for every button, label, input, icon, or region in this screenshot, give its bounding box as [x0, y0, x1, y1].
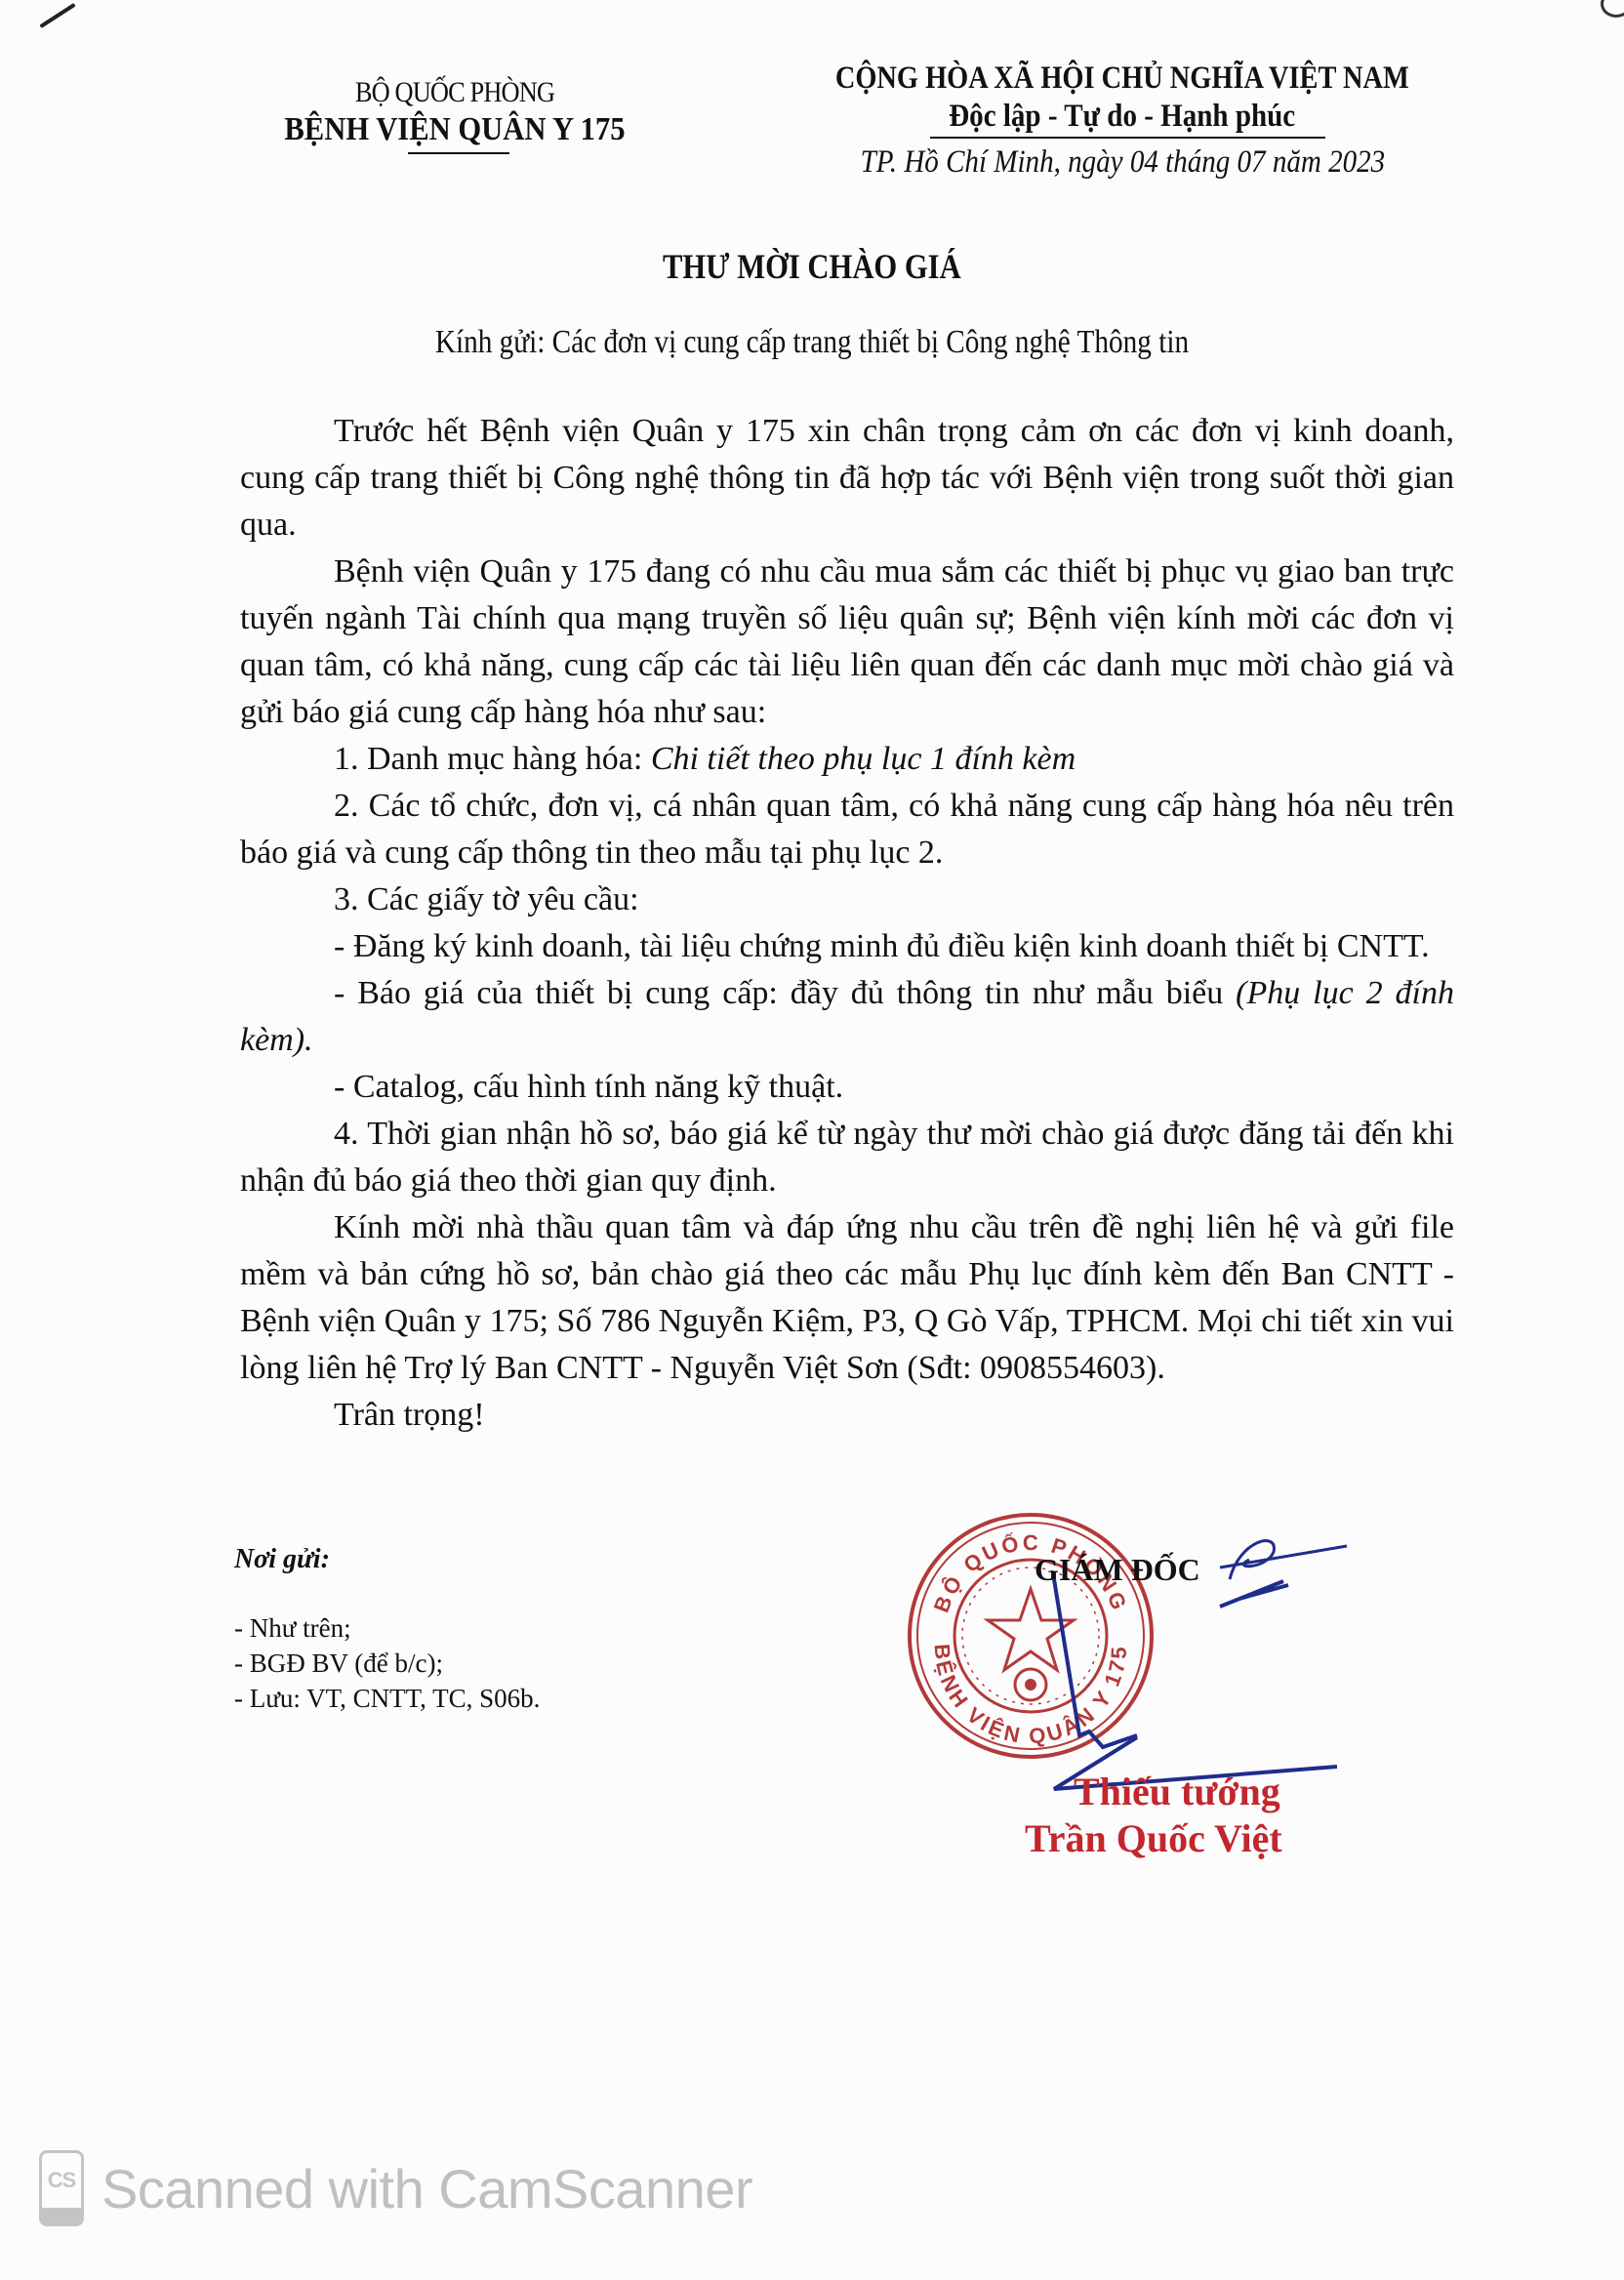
hospital-name: BỆNH VIỆN QUÂN Y 175	[284, 111, 625, 148]
national-motto: Độc lập - Tự do - Hạnh phúc	[950, 99, 1296, 135]
paragraph-request: Bệnh viện Quân y 175 đang có nhu cầu mua…	[240, 549, 1454, 736]
pen-mark-decoration	[39, 3, 75, 28]
item-4: 4. Thời gian nhận hồ sơ, báo giá kể từ n…	[240, 1111, 1454, 1204]
nation-name: CỘNG HÒA XÃ HỘI CHỦ NGHĨA VIỆT NAM	[835, 61, 1409, 97]
item-3-c: - Catalog, cấu hình tính năng kỹ thuật.	[240, 1064, 1454, 1111]
signature-block: BỘ QUỐC PHÒNG BỆNH VIỆN QUÂN Y 175 GIÁM …	[898, 1491, 1366, 1882]
handwritten-signature-icon	[898, 1491, 1366, 1813]
motto-underline	[930, 137, 1325, 139]
closing: Trân trọng!	[240, 1392, 1454, 1439]
distribution-item: - Như trên;	[234, 1610, 540, 1646]
item-1: 1. Danh mục hàng hóa: Chi tiết theo phụ …	[240, 736, 1454, 783]
issuer-header: BỘ QUỐC PHÒNG BỆNH VIỆN QUÂN Y 175	[240, 76, 670, 154]
signer-name: Trần Quốc Việt	[1025, 1815, 1282, 1861]
letter-body: Trước hết Bệnh viện Quân y 175 xin chân …	[240, 408, 1454, 1439]
item-3-b: - Báo giá của thiết bị cung cấp: đầy đủ …	[240, 970, 1454, 1064]
corner-mark-decoration	[1601, 0, 1624, 18]
watermark-text: Scanned with CamScanner	[101, 2157, 752, 2220]
scanned-document-page: BỘ QUỐC PHÒNG BỆNH VIỆN QUÂN Y 175 CỘNG …	[0, 0, 1624, 2280]
ministry-name: BỘ QUỐC PHÒNG	[355, 76, 554, 109]
camscanner-watermark: CS Scanned with CamScanner	[39, 2150, 752, 2226]
item-3: 3. Các giấy tờ yêu cầu:	[240, 876, 1454, 923]
signer-rank: Thiếu tướng	[1074, 1769, 1280, 1814]
item-2: 2. Các tổ chức, đơn vị, cá nhân quan tâm…	[240, 783, 1454, 876]
distribution-item: - Lưu: VT, CNTT, TC, S06b.	[234, 1681, 540, 1716]
national-header: CỘNG HÒA XÃ HỘI CHỦ NGHĨA VIỆT NAM Độc l…	[771, 61, 1474, 181]
document-title: THƯ MỜI CHÀO GIÁ	[0, 246, 1624, 287]
distribution-list: Nơi gửi: - Như trên; - BGĐ BV (để b/c); …	[234, 1542, 540, 1716]
header-underline	[408, 152, 509, 154]
camscanner-logo-icon: CS	[39, 2150, 84, 2226]
distribution-heading: Nơi gửi:	[234, 1542, 540, 1577]
distribution-item: - BGĐ BV (để b/c);	[234, 1646, 540, 1681]
paragraph-contact: Kính mời nhà thầu quan tâm và đáp ứng nh…	[240, 1204, 1454, 1392]
item-3-a: - Đăng ký kinh doanh, tài liệu chứng min…	[240, 923, 1454, 970]
item-1-detail: Chi tiết theo phụ lục 1 đính kèm	[651, 741, 1076, 777]
place-date: TP. Hồ Chí Minh, ngày 04 tháng 07 năm 20…	[860, 144, 1385, 181]
paragraph-thanks: Trước hết Bệnh viện Quân y 175 xin chân …	[240, 408, 1454, 549]
recipient-line: Kính gửi: Các đơn vị cung cấp trang thiế…	[0, 324, 1624, 361]
